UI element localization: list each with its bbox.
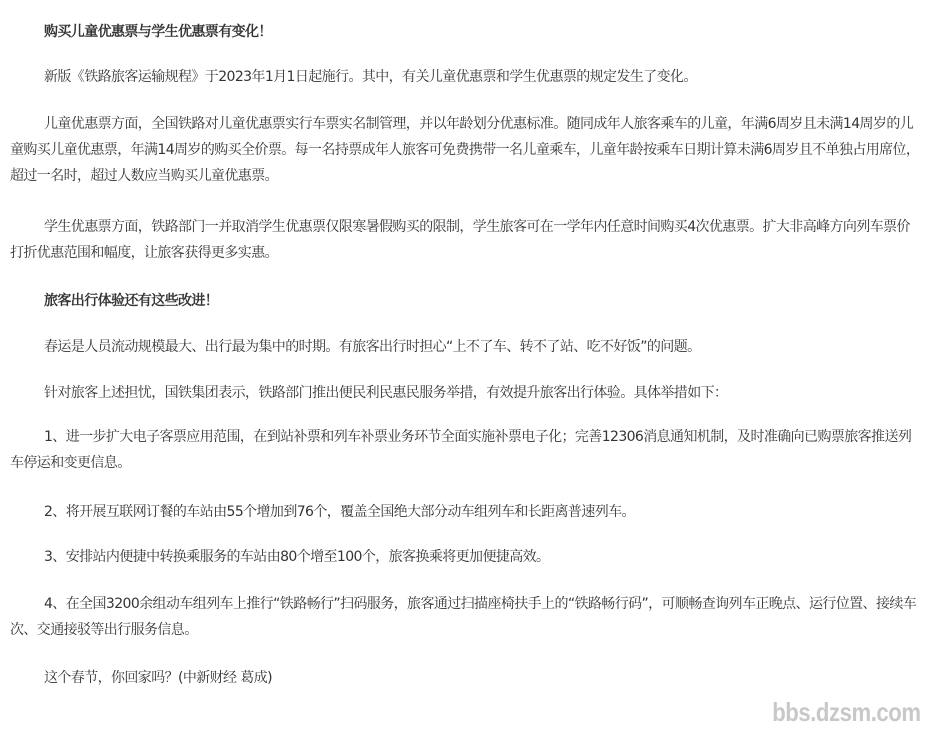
section-heading-tickets: 购买儿童优惠票与学生优惠票有变化！: [10, 19, 272, 45]
watermark: bbs.dzsm.com: [773, 697, 921, 728]
paragraph: 新版《铁路旅客运输规程》于2023年1月1日起施行。其中，有关儿童优惠票和学生优…: [10, 64, 697, 90]
list-item: 1、进一步扩大电子客票应用范围，在到站补票和列车补票业务环节全面实施补票电子化；…: [10, 424, 922, 476]
paragraph: 学生优惠票方面，铁路部门一并取消学生优惠票仅限寒暑假购买的限制，学生旅客可在一学…: [10, 214, 922, 266]
paragraph: 儿童优惠票方面，全国铁路对儿童优惠票实行车票实名制管理，并以年龄划分优惠标准。随…: [10, 111, 922, 189]
list-item: 3、安排站内便捷中转换乘服务的车站由80个增至100个，旅客换乘将更加便捷高效。: [10, 544, 549, 570]
list-item: 4、在全国3200余组动车组列车上推行“铁路畅行”扫码服务，旅客通过扫描座椅扶手…: [10, 591, 922, 643]
paragraph: 这个春节，你回家吗？(中新财经 葛成): [10, 665, 272, 691]
list-item: 2、将开展互联网订餐的车站由55个增加到76个，覆盖全国绝大部分动车组列车和长距…: [10, 499, 635, 525]
paragraph: 春运是人员流动规模最大、出行最为集中的时期。有旅客出行时担心“上不了车、转不了站…: [10, 334, 701, 360]
paragraph: 针对旅客上述担忧，国铁集团表示，铁路部门推出便民利民惠民服务举措，有效提升旅客出…: [10, 380, 727, 406]
section-heading-improvements: 旅客出行体验还有这些改进！: [10, 288, 218, 314]
